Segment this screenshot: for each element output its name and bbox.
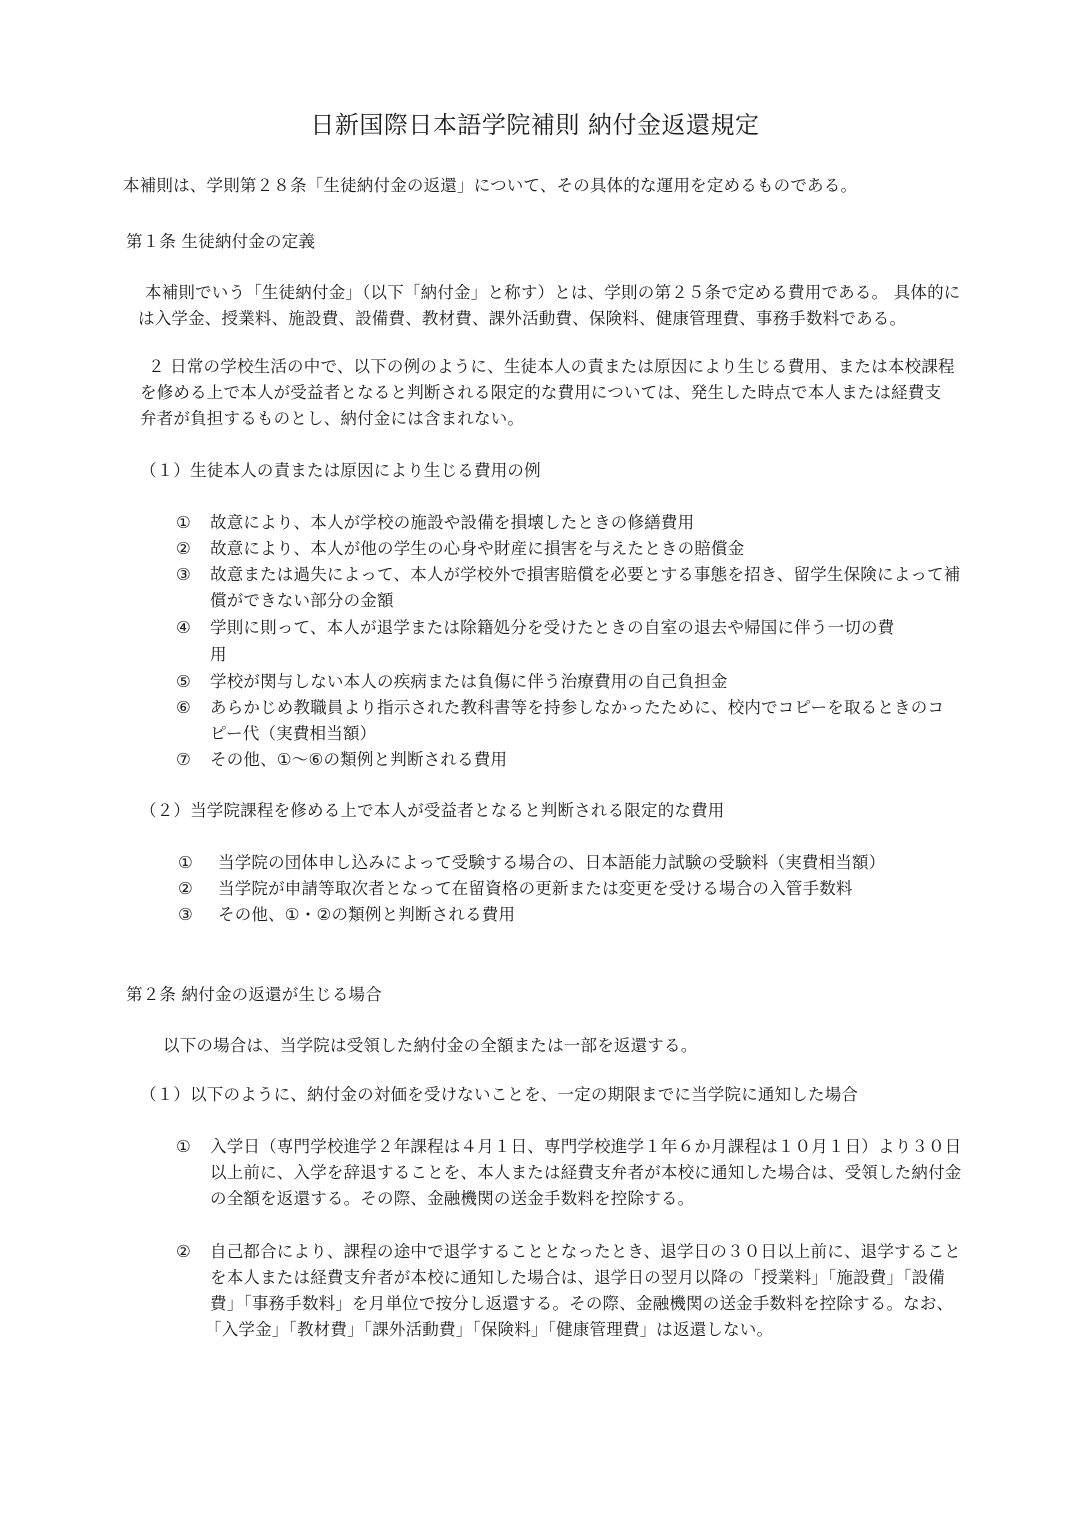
list-item-continuation: ピー代（実費相当額） — [210, 723, 376, 745]
list-item: ①入学日（専門学校進学２年課程は４月１日、専門学校進学１年６か月課程は１０月１日… — [176, 1136, 962, 1158]
list-item-continuation: 費」「事務手数料」を月単位で按分し返還する。その際、金融機関の送金手数料を控除す… — [210, 1293, 953, 1315]
article-1-para-1-line: は入学金、授業料、施設費、設備費、教材費、課外活動費、保険料、健康管理費、事務手… — [138, 308, 906, 330]
list-item-continuation: 以上前に、入学を辞退することを、本人または経費支弁者が本校に通知した場合は、受領… — [210, 1162, 962, 1184]
section-2-heading: （２）当学院課程を修める上で本人が受益者となると判断される限定的な費用 — [140, 800, 725, 822]
list-item: ②当学院が申請等取次者となって在留資格の更新または変更を受ける場合の入管手数料 — [178, 878, 853, 900]
document-title: 日新国際日本語学院補則 納付金返還規定 — [0, 110, 1070, 140]
article-1-para-2-line: を修める上で本人が受益者となると判断される限定的な費用については、発生した時点で… — [140, 382, 941, 404]
article-1-para-1-line: 本補則でいう「生徒納付金」（以下「納付金」と称す）とは、学則の第２５条で定める費… — [145, 282, 961, 304]
list-item: ②自己都合により、課程の途中で退学することとなったとき、退学日の３０日以上前に、… — [176, 1241, 961, 1263]
list-item: ④学則に則って、本人が退学または除籍処分を受けたときの自室の退去や帰国に伴う一切… — [176, 617, 894, 639]
list-item-continuation: の全額を返還する。その際、金融機関の送金手数料を控除する。 — [210, 1188, 694, 1210]
list-item-continuation: 償ができない部分の金額 — [210, 590, 394, 612]
list-item: ⑤学校が関与しない本人の疾病または負傷に伴う治療費用の自己負担金 — [176, 671, 728, 693]
preamble: 本補則は、学則第２８条「生徒納付金の返還」について、その具体的な運用を定めるもの… — [123, 175, 857, 197]
list-item: ②故意により、本人が他の学生の心身や財産に損害を与えたときの賠償金 — [176, 538, 744, 560]
article-1-heading: 第１条 生徒納付金の定義 — [126, 231, 315, 253]
list-item: ①故意により、本人が学校の施設や設備を損壊したときの修繕費用 — [176, 512, 694, 534]
article-2-heading: 第２条 納付金の返還が生じる場合 — [126, 984, 382, 1006]
list-item: ③故意または過失によって、本人が学校外で損害賠償を必要とする事態を招き、留学生保… — [176, 564, 961, 586]
list-item-continuation: 「入学金」「教材費」「課外活動費」「保険料」「健康管理費」は返還しない。 — [205, 1319, 773, 1341]
section-1-heading: （１）生徒本人の責または原因により生じる費用の例 — [140, 460, 541, 482]
list-item: ⑥あらかじめ教職員より指示された教科書等を持参しなかったために、校内でコピーを取… — [176, 697, 944, 719]
list-item: ①当学院の団体申し込みによって受験する場合の、日本語能力試験の受験料（実費相当額… — [178, 852, 885, 874]
article-1-para-2-line: ２ 日常の学校生活の中で、以下の例のように、生徒本人の責または原因により生じる費… — [148, 356, 955, 378]
article-2-intro: 以下の場合は、当学院は受領した納付金の全額または一部を返還する。 — [163, 1035, 697, 1057]
list-item: ③その他、①・②の類例と判断される費用 — [178, 904, 515, 926]
article-1-para-2-line: 弁者が負担するものとし、納付金には含まれない。 — [140, 408, 524, 430]
list-item-continuation: を本人または経費支弁者が本校に通知した場合は、退学日の翌月以降の「授業料」「施設… — [210, 1267, 945, 1289]
article-2-section-1-heading: （１）以下のように、納付金の対価を受けないことを、一定の期限までに当学院に通知し… — [140, 1084, 858, 1106]
list-item-continuation: 用 — [210, 644, 227, 666]
list-item: ⑦その他、①～⑥の類例と判断される費用 — [176, 749, 507, 771]
